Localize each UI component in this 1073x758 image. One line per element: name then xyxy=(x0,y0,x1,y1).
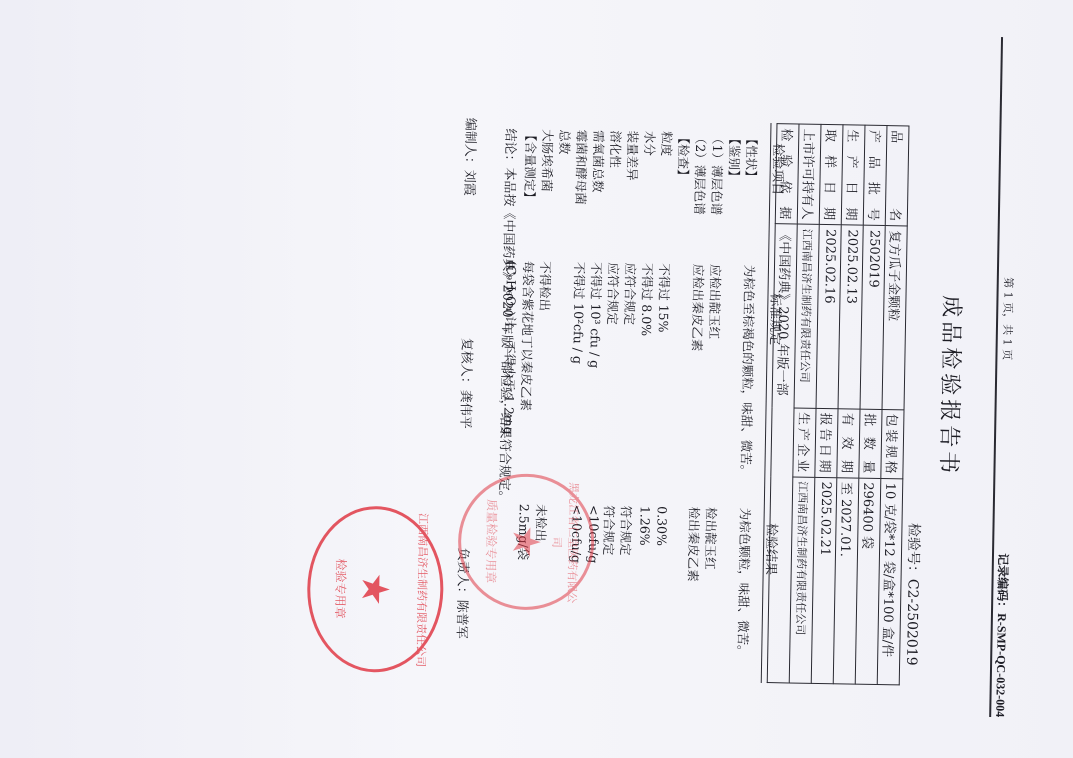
compiler: 编制人：刘霞 xyxy=(461,118,481,196)
inspection-number: 检验号：C2-2502019 xyxy=(902,523,924,666)
packaging-label: 包装规格 xyxy=(880,409,903,478)
cell-item: 霉菌和酵母菌 xyxy=(572,130,591,205)
manufacturer: 江西南昌济生制药有限责任公司 xyxy=(789,476,815,683)
reviewer: 复核人：龚伟平 xyxy=(457,338,478,429)
cell-item: 【含量测定】 xyxy=(521,129,540,204)
cell-result: 符合规定 xyxy=(599,505,618,555)
product-name-label: 品名 xyxy=(885,126,909,226)
cell-item: 装量差异 xyxy=(623,130,642,180)
cell-standard: 应符合规定 xyxy=(620,262,639,325)
cell-result: 符合规定 xyxy=(616,505,635,555)
quality-stamp: 黑龙江省仁皇医药有限公司 ★ 质量检验专用章 xyxy=(456,473,594,611)
cell-item: 需氧菌总数 xyxy=(589,130,608,193)
expiry: 至 2027.01. xyxy=(833,477,859,684)
inspection-stamp: 江西南昌济生制药有限责任公司 ★ 检验专用章 xyxy=(305,505,444,673)
batch-no-label: 产品批号 xyxy=(863,125,887,225)
cell-item: 总数 xyxy=(555,129,573,154)
cell-standard: 不得过 8.0% xyxy=(637,263,656,337)
mfg-date-label: 生产日期 xyxy=(841,125,865,225)
cell-result: 检出靛玉红 xyxy=(701,507,720,570)
cell-result: 1.26% xyxy=(637,506,653,546)
batch-qty: 296400 袋 xyxy=(855,478,881,685)
cell-standard: 不得检出 xyxy=(536,261,555,311)
cell-item: 溶化性 xyxy=(606,130,625,168)
signatures: 编制人：刘霞 复核人：龚伟平 负责人：陈普军 xyxy=(471,118,481,678)
packaging: 10 克/袋*12 袋/盒*100 盒/件 xyxy=(877,478,903,685)
expiry-label: 有效期 xyxy=(836,408,859,477)
cell-standard: 应符合规定 xyxy=(603,262,622,325)
page-indicator: 第 1 页，共 1 页 xyxy=(999,277,1016,360)
product-info-table: 品名 复方瓜子金颗粒 包装规格 10 克/袋*12 袋/盒*100 盒/件 产品… xyxy=(766,123,909,685)
cell-item: 粒度 xyxy=(657,131,675,156)
cell-item: 大肠埃希菌 xyxy=(538,129,557,192)
cell-standard: 应检出秦皮乙素 xyxy=(688,264,708,352)
cell-item: （1）薄层色谱 xyxy=(707,132,726,215)
star-icon: ★ xyxy=(356,572,395,607)
star-icon: ★ xyxy=(506,524,545,559)
cell-standard: 不得过 15% xyxy=(654,263,673,333)
sample-date-label: 取样日期 xyxy=(819,124,843,224)
cell-result: 0.30% xyxy=(654,506,670,546)
sample-date: 2025.02.16 xyxy=(816,224,841,408)
cell-item: 【检查】 xyxy=(674,131,693,181)
report-page: 第 1 页，共 1 页 记录编码：R-SMP-QC-032-004 成品检验报告… xyxy=(30,0,1043,757)
cell-item: （2）薄层色谱 xyxy=(690,132,709,215)
cell-item: 【性状】 xyxy=(742,133,761,183)
scanned-paper: 第 1 页，共 1 页 记录编码：R-SMP-QC-032-004 成品检验报告… xyxy=(0,0,1073,758)
mfg-date: 2025.02.13 xyxy=(838,225,863,409)
batch-qty-label: 批数量 xyxy=(858,409,881,478)
holder-label: 上市许可持有人 xyxy=(797,124,821,224)
product-name: 复方瓜子金颗粒 xyxy=(882,226,907,410)
holder: 江西南昌济生制药有限责任公司 xyxy=(794,224,819,408)
manufacturer-label: 生产企业 xyxy=(792,407,815,476)
cell-standard: 应检出靛玉红 xyxy=(705,264,724,339)
report-date: 2025.02.21 xyxy=(811,477,837,684)
batch-no: 2502019 xyxy=(860,225,885,409)
column-result: 检验结果 xyxy=(762,523,782,575)
report-date-label: 报告日期 xyxy=(814,408,837,477)
report-title: 成品检验报告书 xyxy=(929,16,973,756)
column-item: 检验项目 xyxy=(769,143,789,195)
record-code: 记录编码：R-SMP-QC-032-004 xyxy=(992,553,1012,717)
cell-result: 检出秦皮乙素 xyxy=(684,507,703,582)
cell-item: 水分 xyxy=(640,131,658,156)
cell-item: 【鉴别】 xyxy=(725,132,744,182)
column-standard: 标准规定 xyxy=(766,293,786,345)
